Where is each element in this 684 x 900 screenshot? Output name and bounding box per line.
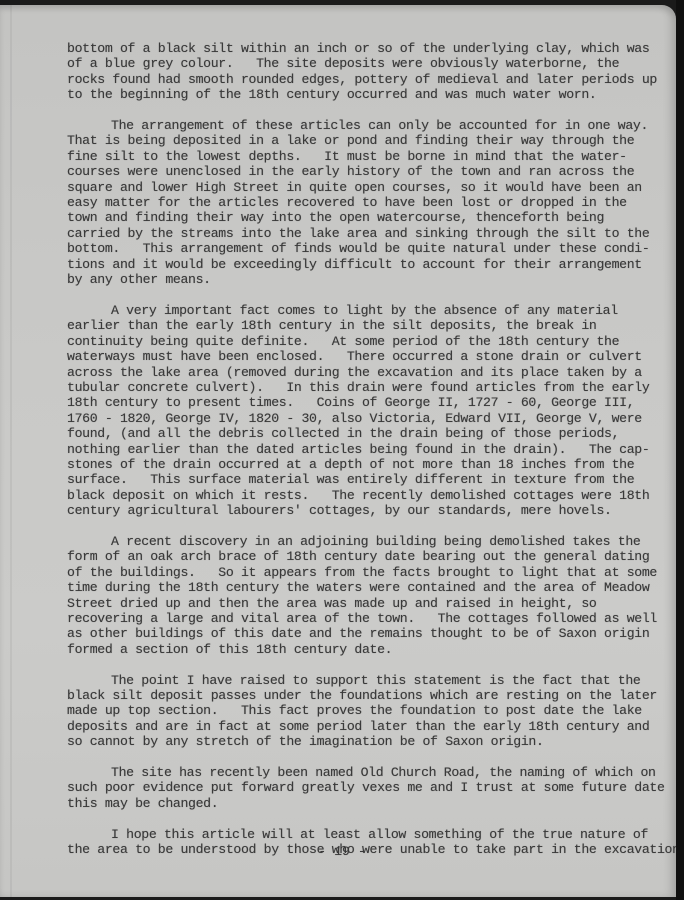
text-line: by any other means. (67, 272, 667, 287)
text-line: A very important fact comes to light by … (67, 303, 667, 318)
text-line: as other buildings of this date and the … (67, 626, 667, 641)
text-line: bottom of a black silt within an inch or… (67, 41, 667, 56)
text-line: found, (and all the debris collected in … (67, 426, 667, 441)
text-line: black deposit on which it rests. The rec… (67, 488, 667, 503)
text-line: to the beginning of the 18th century occ… (67, 87, 667, 102)
text-line: 1760 - 1820, George IV, 1820 - 30, also … (67, 411, 667, 426)
paragraph-1: bottom of a black silt within an inch or… (67, 41, 667, 103)
text-line: bottom. This arrangement of finds would … (67, 241, 667, 256)
text-line: formed a section of this 18th century da… (67, 642, 667, 657)
text-line: deposits and are in fact at some period … (67, 719, 667, 734)
text-line: of the buildings. So it appears from the… (67, 565, 667, 580)
text-line: made up top section. This fact proves th… (67, 703, 667, 718)
text-line: so cannot by any stretch of the imaginat… (67, 734, 667, 749)
text-line: The point I have raised to support this … (67, 673, 667, 688)
text-line: waterways must have been enclosed. There… (67, 349, 667, 364)
text-line: this may be changed. (67, 796, 667, 811)
text-line: continuity being quite definite. At some… (67, 334, 667, 349)
text-line: across the lake area (removed during the… (67, 365, 667, 380)
text-line: courses were unenclosed in the early his… (67, 164, 667, 179)
text-line: square and lower High Street in quite op… (67, 180, 667, 195)
paragraph-2: The arrangement of these articles can on… (67, 118, 667, 287)
paragraph-6: The site has recently been named Old Chu… (67, 765, 667, 811)
text-line: nothing earlier than the dated articles … (67, 442, 667, 457)
text-line: town and finding their way into the open… (67, 210, 667, 225)
text-line: of a blue grey colour. The site deposits… (67, 56, 667, 71)
paragraph-3: A very important fact comes to light by … (67, 303, 667, 519)
text-line: 18th century to present times. Coins of … (67, 395, 667, 410)
text-line: surface. This surface material was entir… (67, 472, 667, 487)
text-line: tubular concrete culvert). In this drain… (67, 380, 667, 395)
text-line: carried by the streams into the lake are… (67, 226, 667, 241)
scan-border (676, 0, 684, 900)
text-line: fine silt to the lowest depths. It must … (67, 149, 667, 164)
text-line: recovering a large and vital area of the… (67, 611, 667, 626)
paragraph-4: A recent discovery in an adjoining build… (67, 534, 667, 657)
text-line: That is being deposited in a lake or pon… (67, 133, 667, 148)
text-line: Street dried up and then the area was ma… (67, 596, 667, 611)
text-line: tions and it would be exceedingly diffic… (67, 257, 667, 272)
text-line: earlier than the early 18th century in t… (67, 318, 667, 333)
text-line: such poor evidence put forward greatly v… (67, 780, 667, 795)
text-line: century agricultural labourers' cottages… (67, 503, 667, 518)
text-line: The site has recently been named Old Chu… (67, 765, 667, 780)
text-line: A recent discovery in an adjoining build… (67, 534, 667, 549)
text-line: The arrangement of these articles can on… (67, 118, 667, 133)
text-line: easy matter for the articles recovered t… (67, 195, 667, 210)
paragraph-5: The point I have raised to support this … (67, 673, 667, 750)
text-line: rocks found had smooth rounded edges, po… (67, 72, 667, 87)
typewritten-body: bottom of a black silt within an inch or… (67, 41, 667, 873)
text-line: I hope this article will at least allow … (67, 827, 667, 842)
page-number: - 19 - (0, 844, 684, 859)
scanned-page: bottom of a black silt within an inch or… (0, 5, 676, 897)
text-line: time during the 18th century the waters … (67, 580, 667, 595)
text-line: black silt deposit passes under the foun… (67, 688, 667, 703)
text-line: stones of the drain occurred at a depth … (67, 457, 667, 472)
text-line: form of an oak arch brace of 18th centur… (67, 549, 667, 564)
